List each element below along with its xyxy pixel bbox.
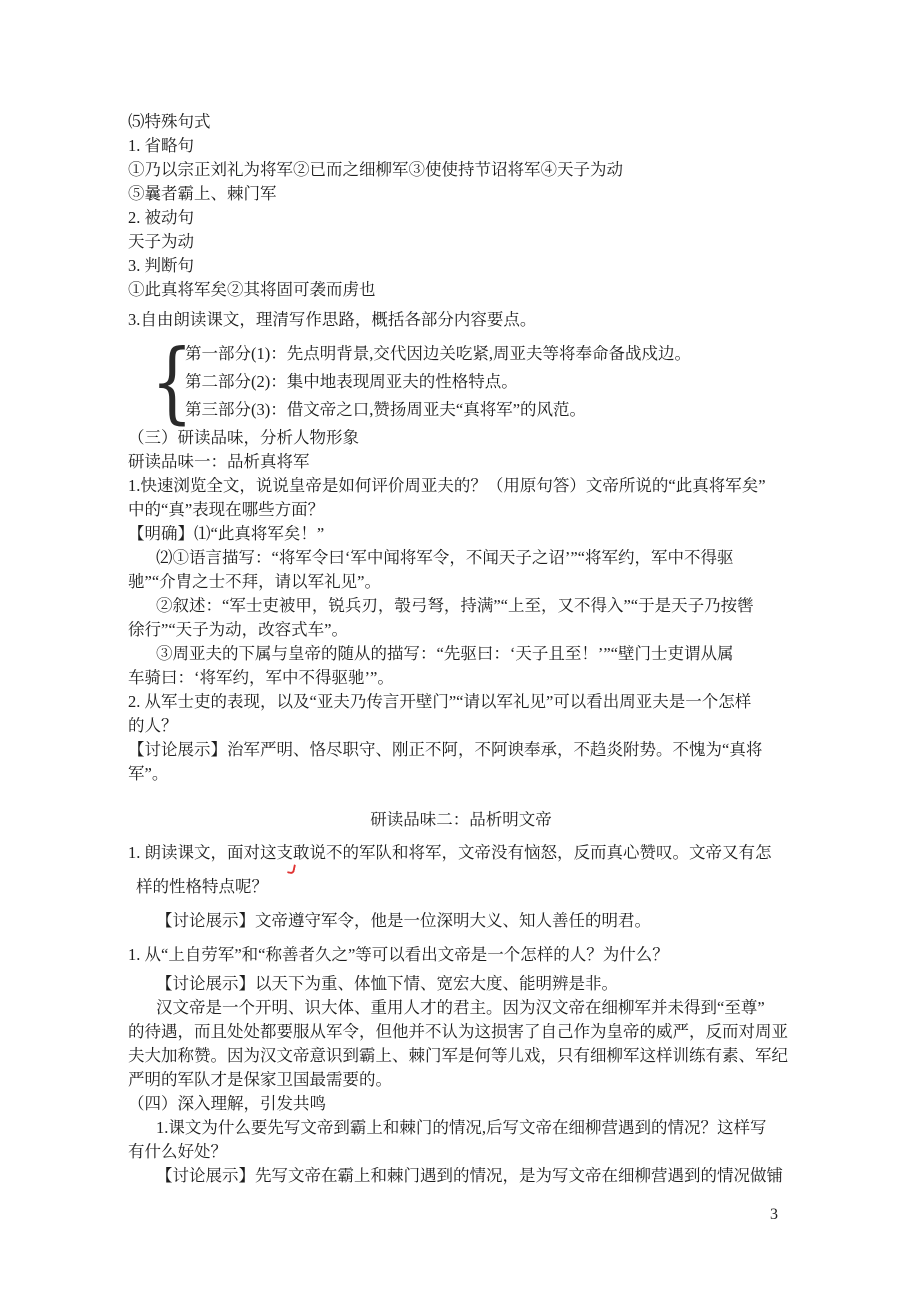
doc-line: 军”。: [128, 762, 794, 786]
doc-line: ⑵①语言描写：“将军令曰‘军中闻将军令，不闻天子之诏’”“将军约，军中不得驱: [128, 546, 794, 570]
doc-line: 1. 省略句: [128, 134, 794, 158]
doc-line: 的待遇，而且处处都要服从军令，但他并不认为这损害了自己作为皇帝的威严，反而对周亚: [128, 1020, 794, 1044]
curly-brace-icon: {: [151, 336, 193, 428]
doc-line: 夫大加称赞。因为汉文帝意识到霸上、棘门军是何等儿戏，只有细柳军这样训练有素、军纪: [128, 1044, 794, 1068]
outline-part: 第三部分(3)：借文帝之口,赞扬周亚夫“真将军”的风范。: [185, 396, 794, 424]
doc-line: 【讨论展示】文帝遵守军令，他是一位深明大义、知人善任的明君。: [128, 904, 794, 938]
doc-line: 【讨论展示】以天下为重、体恤下情、宽宏大度、能明辨是非。: [128, 972, 794, 996]
doc-line: 1.快速浏览全文，说说皇帝是如何评价周亚夫的？（用原句答）文帝所说的“此真将军矣…: [128, 474, 794, 498]
doc-line: ①乃以宗正刘礼为将军②已而之细柳军③使使持节诏将军④天子为动: [128, 158, 794, 182]
section-heading: （三）研读品味，分析人物形象: [128, 426, 794, 450]
outline-rows: 第一部分(1)：先点明背景,交代因边关吃紧,周亚夫等将奉命备战戍边。 第二部分(…: [185, 340, 794, 424]
page-number: 3: [770, 1203, 790, 1227]
doc-line: ②叙述：“军士吏被甲，锐兵刃，彀弓弩，持满”“上至，又不得入”“于是天子乃按辔: [128, 594, 794, 618]
doc-line: ①此真将军矣②其将固可袭而虏也: [128, 278, 794, 302]
doc-line: 徐行”“天子为动，改容式车”。: [128, 618, 794, 642]
outline-bracket-group: { 第一部分(1)：先点明背景,交代因边关吃紧,周亚夫等将奉命备战戍边。 第二部…: [128, 340, 794, 424]
centered-subheading: 研读品味二：品析明文帝: [128, 808, 794, 832]
subsection-heading: 研读品味一：品析真将军: [128, 450, 794, 474]
section-heading: （四）深入理解，引发共鸣: [128, 1092, 794, 1116]
doc-line: 严明的军队才是保家卫国最需要的。: [128, 1068, 794, 1092]
document-page: ⑸特殊句式 1. 省略句 ①乃以宗正刘礼为将军②已而之细柳军③使使持节诏将军④天…: [0, 0, 920, 1302]
doc-line: ⑤曩者霸上、棘门军: [128, 182, 794, 206]
doc-line: 中的“真”表现在哪些方面？: [128, 498, 794, 522]
outline-part: 第二部分(2)：集中地表现周亚夫的性格特点。: [185, 368, 794, 396]
doc-line: 驰”“介胄之士不拜，请以军礼见”。: [128, 570, 794, 594]
wendi-block: 1. 朗读课文，面对这支敢说不的军队和将军，文帝没有恼怒，反而真心赞叹。文帝又有…: [128, 836, 794, 972]
doc-line: ⑸特殊句式: [128, 110, 794, 134]
doc-line: 【讨论展示】治军严明、恪尽职守、刚正不阿，不阿谀奉承，不趋炎附势。不愧为“真将: [128, 738, 794, 762]
doc-line: 【讨论展示】先写文帝在霸上和棘门遇到的情况，是为写文帝在细柳营遇到的情况做铺: [128, 1164, 794, 1188]
doc-line: 汉文帝是一个开明、识大体、重用人才的君主。因为汉文帝在细柳军并未得到“至尊”: [128, 996, 794, 1020]
doc-line: 2. 被动句: [128, 206, 794, 230]
doc-line: 1.课文为什么要先写文帝到霸上和棘门的情况,后写文帝在细柳营遇到的情况？这样写: [128, 1116, 794, 1140]
doc-line: 有什么好处？: [128, 1140, 794, 1164]
doc-line: 2. 从军士吏的表现，以及“亚夫乃传言开壁门”“请以军礼见”可以看出周亚夫是一个…: [128, 690, 794, 714]
doc-line: 3.自由朗读课文，理清写作思路，概括各部分内容要点。: [128, 308, 794, 332]
doc-line: 车骑曰：‘将军约，军中不得驱驰’”。: [128, 666, 794, 690]
document-body: ⑸特殊句式 1. 省略句 ①乃以宗正刘礼为将军②已而之细柳军③使使持节诏将军④天…: [128, 110, 794, 1188]
doc-line: 1. 朗读课文，面对这支敢说不的军队和将军，文帝没有恼怒，反而真心赞叹。文帝又有…: [128, 836, 794, 870]
doc-line: 天子为动: [128, 230, 794, 254]
doc-line: 的人？: [128, 714, 794, 738]
doc-line: 【明确】⑴“此真将军矣！”: [128, 522, 794, 546]
doc-line: 样的性格特点呢？: [128, 870, 794, 904]
doc-line: 3. 判断句: [128, 254, 794, 278]
outline-part: 第一部分(1)：先点明背景,交代因边关吃紧,周亚夫等将奉命备战戍边。: [185, 340, 794, 368]
doc-line: 1. 从“上自劳军”和“称善者久之”等可以看出文帝是一个怎样的人？为什么？: [128, 938, 794, 972]
doc-line: ③周亚夫的下属与皇帝的随从的描写：“先驱曰：‘天子且至！’”“壁门士吏谓从属: [128, 642, 794, 666]
